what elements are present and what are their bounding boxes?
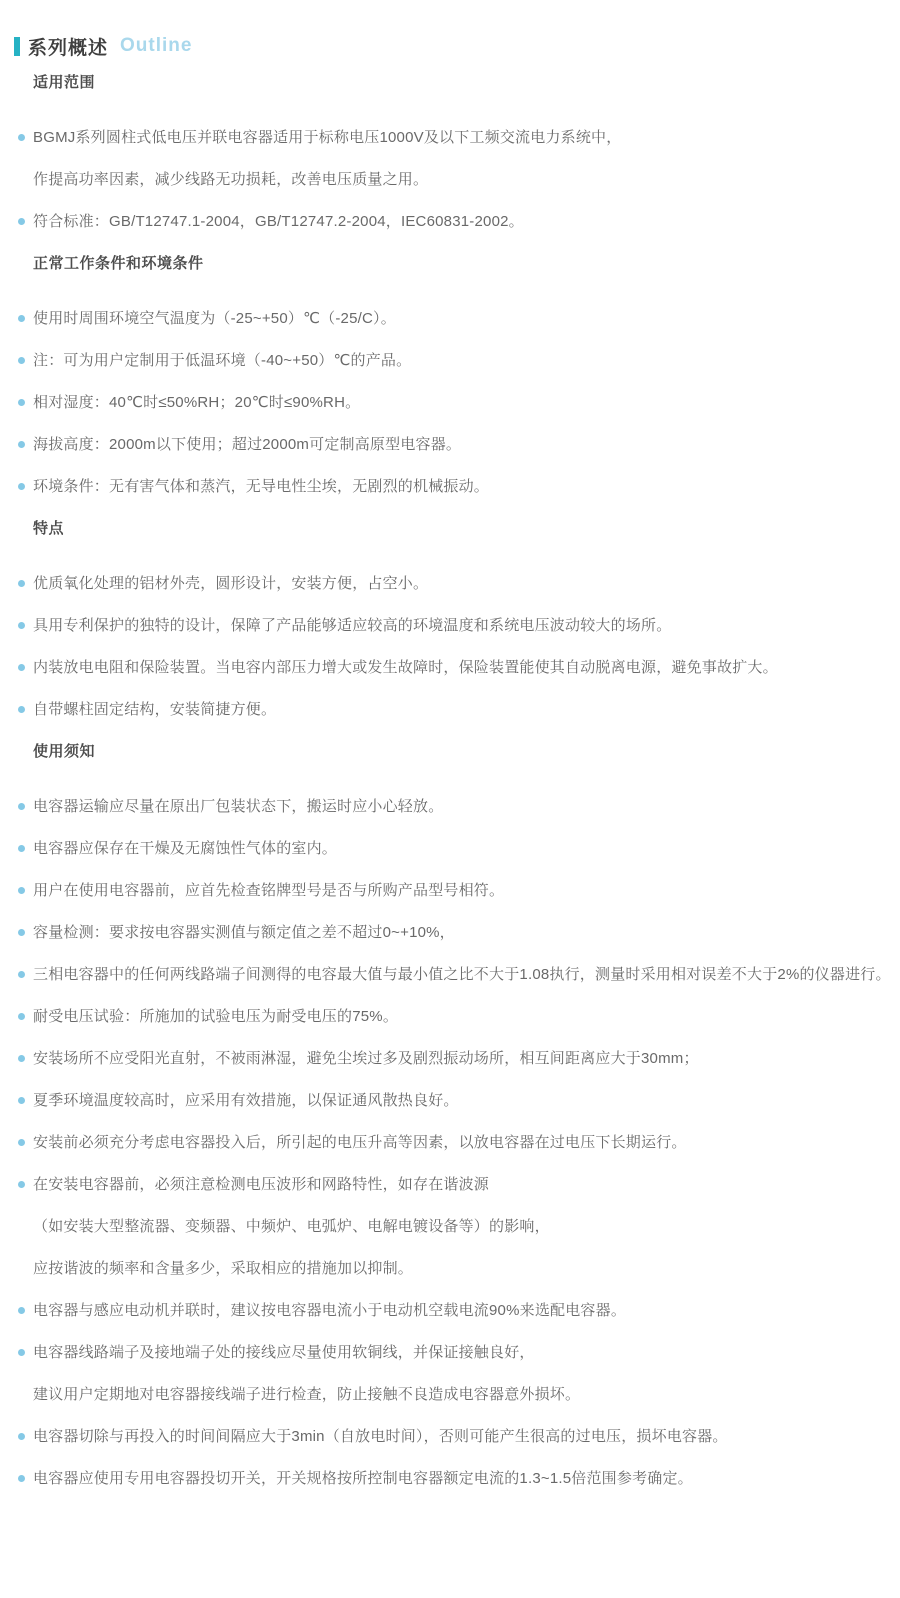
list-item-text: 容量检测：要求按电容器实测值与额定值之差不超过0~+10%， <box>33 924 455 941</box>
list-item: 电容器应使用专用电容器投切开关，开关规格按所控制电容器额定电流的1.3~1.5倍… <box>0 1470 870 1487</box>
list-item: 注：可为用户定制用于低温环境（-40~+50）℃的产品。 <box>0 352 870 369</box>
list-item-text: 用户在使用电容器前，应首先检查铭牌型号是否与所购产品型号相符。 <box>33 882 504 899</box>
list-item: 相对湿度：40℃时≤50%RH；20℃时≤90%RH。 <box>0 394 870 411</box>
list-item: 三相电容器中的任何两线路端子间测得的电容最大值与最小值之比不大于1.08执行，测… <box>0 966 870 983</box>
list-item: 电容器切除与再投入的时间间隔应大于3min（自放电时间），否则可能产生很高的过电… <box>0 1428 870 1445</box>
list-item: 耐受电压试验：所施加的试验电压为耐受电压的75%。 <box>0 1008 870 1025</box>
list-item: 使用时周围环境空气温度为（-25~+50）℃（-25/C）。 <box>0 310 870 327</box>
section-heading: 使用须知 <box>33 743 870 760</box>
list-item: 海拔高度：2000m以下使用；超过2000m可定制高原型电容器。 <box>0 436 870 453</box>
list-item: 应按谐波的频率和含量多少，采取相应的措施加以抑制。 <box>0 1260 870 1277</box>
list-item-text: 安装前必须充分考虑电容器投入后，所引起的电压升高等因素，以放电容器在过电压下长期… <box>33 1134 687 1151</box>
bullet-icon <box>18 1475 25 1482</box>
list-item-text: （如安装大型整流器、变频器、中频炉、电弧炉、电解电镀设备等）的影响， <box>33 1218 550 1235</box>
section-heading: 适用范围 <box>33 74 870 91</box>
list-item-text: 耐受电压试验：所施加的试验电压为耐受电压的75%。 <box>33 1008 398 1025</box>
list-item-text: 安装场所不应受阳光直射，不被雨淋湿，避免尘埃过多及剧烈振动场所，相互间距离应大于… <box>33 1050 699 1067</box>
bullet-icon <box>18 1013 25 1020</box>
list-item-text: 使用时周围环境空气温度为（-25~+50）℃（-25/C）。 <box>33 310 396 327</box>
list-item-text: 内装放电电阻和保险装置。当电容内部压力增大或发生故障时，保险装置能使其自动脱离电… <box>33 659 778 676</box>
list-item-text: 环境条件：无有害气体和蒸汽，无导电性尘埃，无剧烈的机械振动。 <box>33 478 489 495</box>
list-item: 符合标准：GB/T12747.1-2004，GB/T12747.2-2004，I… <box>0 213 870 230</box>
list-item-text: 海拔高度：2000m以下使用；超过2000m可定制高原型电容器。 <box>33 436 461 453</box>
list-item-text: 符合标准：GB/T12747.1-2004，GB/T12747.2-2004，I… <box>33 213 524 230</box>
list-item-text: 电容器运输应尽量在原出厂包装状态下，搬运时应小心轻放。 <box>33 798 443 815</box>
bullet-icon <box>18 929 25 936</box>
bullet-icon <box>18 971 25 978</box>
list-item-text: 电容器应保存在干燥及无腐蚀性气体的室内。 <box>33 840 337 857</box>
list-item: 具用专利保护的独特的设计，保障了产品能够适应较高的环境温度和系统电压波动较大的场… <box>0 617 870 634</box>
bullet-icon <box>18 134 25 141</box>
list-item: 安装场所不应受阳光直射，不被雨淋湿，避免尘埃过多及剧烈振动场所，相互间距离应大于… <box>0 1050 870 1067</box>
bullet-icon <box>18 1055 25 1062</box>
list-item: BGMJ系列圆柱式低电压并联电容器适用于标称电压1000V及以下工频交流电力系统… <box>0 129 870 146</box>
bullet-icon <box>18 483 25 490</box>
section-heading: 特点 <box>33 520 870 537</box>
list-item-text: 电容器切除与再投入的时间间隔应大于3min（自放电时间），否则可能产生很高的过电… <box>33 1428 728 1445</box>
list-item-text: 优质氧化处理的铝材外壳，圆形设计，安装方便，占空小。 <box>33 575 428 592</box>
list-item: 电容器线路端子及接地端子处的接线应尽量使用软铜线，并保证接触良好， <box>0 1344 870 1361</box>
list-item: 安装前必须充分考虑电容器投入后，所引起的电压升高等因素，以放电容器在过电压下长期… <box>0 1134 870 1151</box>
list-item: 电容器应保存在干燥及无腐蚀性气体的室内。 <box>0 840 870 857</box>
list-item: 电容器运输应尽量在原出厂包装状态下，搬运时应小心轻放。 <box>0 798 870 815</box>
bullet-icon <box>18 845 25 852</box>
list-item: 用户在使用电容器前，应首先检查铭牌型号是否与所购产品型号相符。 <box>0 882 870 899</box>
bullet-icon <box>18 399 25 406</box>
list-item-text: 具用专利保护的独特的设计，保障了产品能够适应较高的环境温度和系统电压波动较大的场… <box>33 617 671 634</box>
bullet-icon <box>18 1307 25 1314</box>
list-item-text: 应按谐波的频率和含量多少，采取相应的措施加以抑制。 <box>33 1260 413 1277</box>
section-heading: 正常工作条件和环境条件 <box>33 255 870 272</box>
bullet-icon <box>18 315 25 322</box>
bullet-icon <box>18 664 25 671</box>
bullet-icon <box>18 1433 25 1440</box>
bullet-icon <box>18 887 25 894</box>
list-item: 建议用户定期地对电容器接线端子进行检查，防止接触不良造成电容器意外损坏。 <box>0 1386 870 1403</box>
page-title-en: Outline <box>120 35 192 57</box>
bullet-icon <box>18 357 25 364</box>
list-item-text: 自带螺柱固定结构，安装简捷方便。 <box>33 701 276 718</box>
list-item: 作提高功率因素，减少线路无功损耗，改善电压质量之用。 <box>0 171 870 188</box>
list-item-text: 作提高功率因素，减少线路无功损耗，改善电压质量之用。 <box>33 171 428 188</box>
list-item-text: 建议用户定期地对电容器接线端子进行检查，防止接触不良造成电容器意外损坏。 <box>33 1386 580 1403</box>
page-title: 系列概述 Outline <box>14 34 870 58</box>
list-item: 在安装电容器前，必须注意检测电压波形和网路特性，如存在谐波源 <box>0 1176 870 1193</box>
bullet-icon <box>18 1097 25 1104</box>
list-item-text: 相对湿度：40℃时≤50%RH；20℃时≤90%RH。 <box>33 394 360 411</box>
list-item: 容量检测：要求按电容器实测值与额定值之差不超过0~+10%， <box>0 924 870 941</box>
list-item-text: 夏季环境温度较高时，应采用有效措施，以保证通风散热良好。 <box>33 1092 459 1109</box>
bullet-icon <box>18 1349 25 1356</box>
list-item-text: 电容器应使用专用电容器投切开关，开关规格按所控制电容器额定电流的1.3~1.5倍… <box>33 1470 693 1487</box>
list-item-text: BGMJ系列圆柱式低电压并联电容器适用于标称电压1000V及以下工频交流电力系统… <box>33 129 621 146</box>
list-item: 夏季环境温度较高时，应采用有效措施，以保证通风散热良好。 <box>0 1092 870 1109</box>
list-item-text: 在安装电容器前，必须注意检测电压波形和网路特性，如存在谐波源 <box>33 1176 489 1193</box>
bullet-icon <box>18 441 25 448</box>
bullet-icon <box>18 706 25 713</box>
list-item-text: 电容器线路端子及接地端子处的接线应尽量使用软铜线，并保证接触良好， <box>33 1344 535 1361</box>
list-item: 环境条件：无有害气体和蒸汽，无导电性尘埃，无剧烈的机械振动。 <box>0 478 870 495</box>
list-item: 电容器与感应电动机并联时，建议按电容器电流小于电动机空载电流90%来选配电容器。 <box>0 1302 870 1319</box>
bullet-icon <box>18 622 25 629</box>
bullet-icon <box>18 218 25 225</box>
list-item: 优质氧化处理的铝材外壳，圆形设计，安装方便，占空小。 <box>0 575 870 592</box>
list-item: （如安装大型整流器、变频器、中频炉、电弧炉、电解电镀设备等）的影响， <box>0 1218 870 1235</box>
list-item-text: 注：可为用户定制用于低温环境（-40~+50）℃的产品。 <box>33 352 411 369</box>
document-page: 系列概述 Outline 适用范围BGMJ系列圆柱式低电压并联电容器适用于标称电… <box>0 0 900 1540</box>
bullet-icon <box>18 803 25 810</box>
bullet-icon <box>18 1181 25 1188</box>
accent-bar-icon <box>14 37 20 56</box>
list-item: 自带螺柱固定结构，安装简捷方便。 <box>0 701 870 718</box>
list-item-text: 三相电容器中的任何两线路端子间测得的电容最大值与最小值之比不大于1.08执行，测… <box>33 966 891 983</box>
list-item: 内装放电电阻和保险装置。当电容内部压力增大或发生故障时，保险装置能使其自动脱离电… <box>0 659 870 676</box>
bullet-icon <box>18 580 25 587</box>
page-title-zh: 系列概述 <box>28 33 108 60</box>
bullet-icon <box>18 1139 25 1146</box>
list-item-text: 电容器与感应电动机并联时，建议按电容器电流小于电动机空载电流90%来选配电容器。 <box>33 1302 626 1319</box>
sections: 适用范围BGMJ系列圆柱式低电压并联电容器适用于标称电压1000V及以下工频交流… <box>0 74 870 1487</box>
